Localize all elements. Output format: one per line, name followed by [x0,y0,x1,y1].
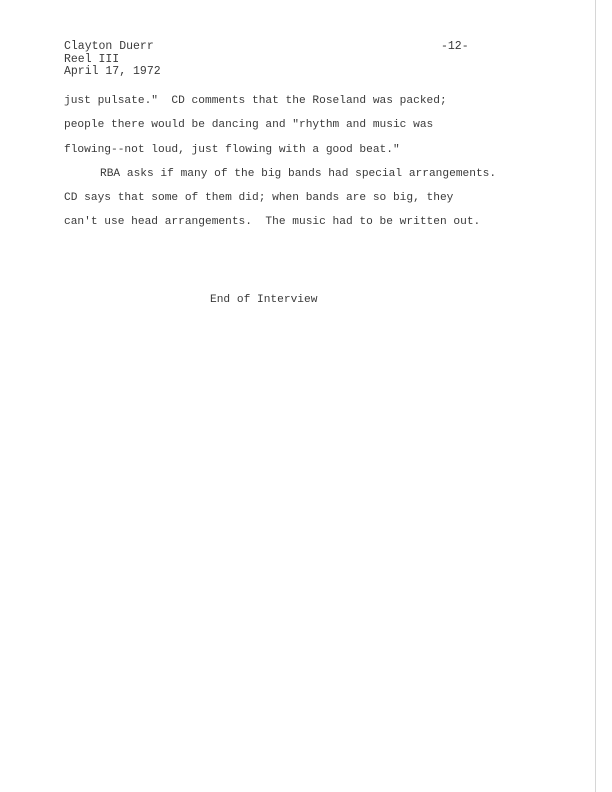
end-of-interview-note: End of Interview [210,293,317,307]
page-edge-line [595,0,596,792]
text-line: people there would be dancing and "rhyth… [64,113,534,137]
text-line: flowing--not loud, just flowing with a g… [64,138,534,162]
transcript-body: just pulsate." CD comments that the Rose… [64,89,534,235]
interviewee-name: Clayton Duerr [64,41,161,54]
text-line: can't use head arrangements. The music h… [64,210,534,234]
text-line: CD says that some of them did; when band… [64,186,534,210]
page-number: -12- [441,41,469,54]
interview-date: April 17, 1972 [64,66,161,79]
document-header: Clayton Duerr Reel III April 17, 1972 [64,41,161,79]
text-line-paragraph-start: RBA asks if many of the big bands had sp… [64,162,534,186]
text-line: just pulsate." CD comments that the Rose… [64,89,534,113]
